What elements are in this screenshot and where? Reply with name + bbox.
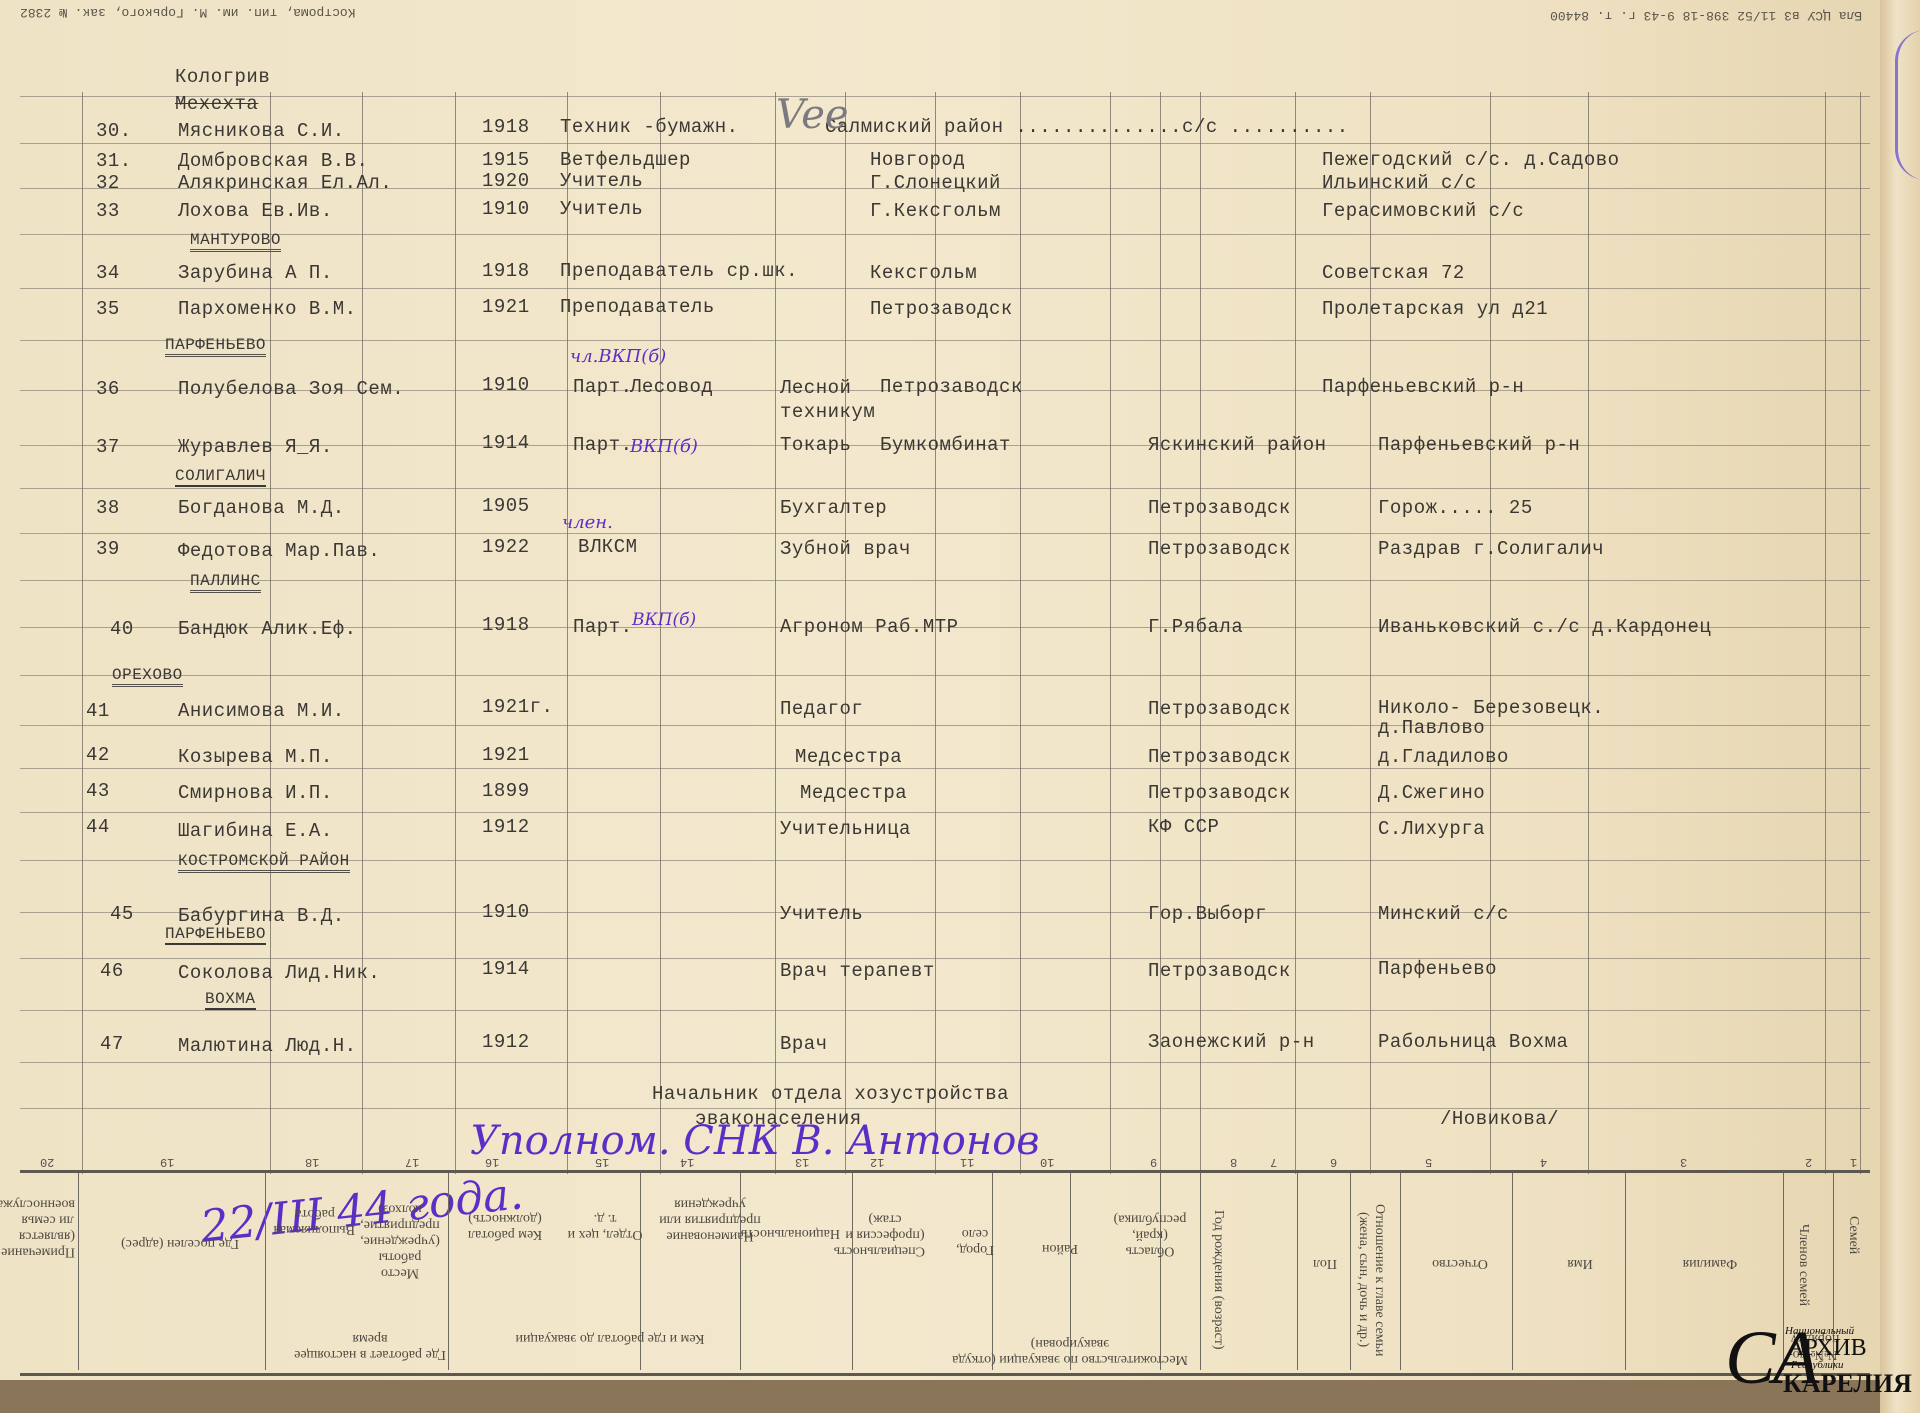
evac-city: Г.Кексгольм bbox=[870, 200, 1001, 222]
row-number: 33 bbox=[96, 200, 120, 222]
full-name: Лохова Ев.Ив. bbox=[178, 200, 333, 222]
col-11-label: Город, село bbox=[945, 1225, 1005, 1257]
row-number: 36 bbox=[96, 378, 120, 400]
col-15-label: Отдел, цех и т. д. bbox=[565, 1210, 645, 1242]
col-1-label: Семей bbox=[1845, 1200, 1861, 1270]
row-number: 40 bbox=[110, 618, 134, 640]
column-number: 4 bbox=[1540, 1155, 1547, 1169]
workplace: Бумкомбинат bbox=[880, 434, 1011, 456]
col-6-label: Отношение к главе семьи (жена, сын, дочь… bbox=[1355, 1200, 1387, 1360]
section-header: ПАРФЕНЬЕВО bbox=[165, 336, 266, 357]
column-number: 3 bbox=[1680, 1155, 1687, 1169]
profession: Преподаватель ср.шк. bbox=[560, 260, 798, 282]
full-name: Полубелова Зоя Сем. bbox=[178, 378, 404, 400]
section-header: Мехехта bbox=[175, 93, 258, 115]
section-header: Кологрив bbox=[175, 66, 270, 88]
col-5-label: Отчество bbox=[1420, 1255, 1500, 1271]
printer-imprint-right: Бла ЦСУ в3 11/52 398-18 9-43 г. т. 84400 bbox=[1550, 8, 1862, 23]
full-name: Домбровская В.В. bbox=[178, 150, 368, 172]
column-number: 12 bbox=[870, 1155, 884, 1169]
full-name: Козырева М.П. bbox=[178, 746, 333, 768]
column-number: 20 bbox=[40, 1155, 54, 1169]
column-number: 13 bbox=[795, 1155, 809, 1169]
row-number: 34 bbox=[96, 262, 120, 284]
profession: Учитель bbox=[780, 903, 863, 925]
profession: Врач терапевт bbox=[780, 960, 935, 982]
address: Парфеньевский р-н bbox=[1378, 434, 1580, 456]
ink-party-note: ВКП(б) bbox=[630, 436, 698, 457]
row-number: 42 bbox=[86, 744, 110, 766]
address: Пролетарская ул д21 bbox=[1322, 298, 1548, 320]
birth-year: 1912 bbox=[482, 816, 530, 838]
column-number: 18 bbox=[305, 1155, 319, 1169]
evac-city: Петрозаводск bbox=[1148, 538, 1291, 560]
birth-year: 1910 bbox=[482, 901, 530, 923]
birth-year: 1912 bbox=[482, 1031, 530, 1053]
full-name: Смирнова И.П. bbox=[178, 782, 333, 804]
birth-year: 1905 bbox=[482, 495, 530, 517]
col-20-label: Примечание (является ли семья военнослуж… bbox=[20, 1195, 75, 1259]
profession: Медсестра bbox=[800, 782, 907, 804]
signer-title: Начальник отдела хозустройства bbox=[652, 1083, 1009, 1105]
birth-year: 1914 bbox=[482, 958, 530, 980]
evac-city: Гор.Выборг bbox=[1148, 903, 1267, 925]
col-14-16-group-label: Кем и где работал до эвакуации bbox=[480, 1330, 740, 1346]
purple-stamp bbox=[1895, 30, 1920, 180]
address: Пежегодский с/с. д.Садово bbox=[1322, 149, 1620, 171]
full-name: Малютина Люд.Н. bbox=[178, 1035, 357, 1057]
col-9-11-group-label: Местожительство по эвакуации (откуда эва… bbox=[950, 1335, 1190, 1367]
birth-year: 1918 bbox=[482, 116, 530, 138]
column-number: 10 bbox=[1040, 1155, 1054, 1169]
birth-year: 1921 bbox=[482, 744, 530, 766]
col-13-label: Национальность bbox=[770, 1225, 840, 1241]
evac-city: КФ ССР bbox=[1148, 816, 1219, 838]
column-number: 6 bbox=[1330, 1155, 1337, 1169]
full-name: Журавлев Я_Я. bbox=[178, 436, 333, 458]
printer-imprint-left: Кострома, тип. им. М. Горького, зак. № 2… bbox=[20, 5, 355, 20]
adjacent-page-edge bbox=[1880, 0, 1920, 1413]
evac-city: Петрозаводск bbox=[870, 298, 1013, 320]
evac-city: Г.Слонецкий bbox=[870, 172, 1001, 194]
row-number: 35 bbox=[96, 298, 120, 320]
profession: Учитель bbox=[560, 198, 643, 220]
profession: Педагог bbox=[780, 698, 863, 720]
address: Иваньковский с./с д.Кардонец bbox=[1378, 616, 1711, 638]
evac-city: Петрозаводск bbox=[1148, 698, 1291, 720]
row-number: 30. bbox=[96, 120, 132, 142]
evac-city: Заонежский р-н bbox=[1148, 1031, 1315, 1053]
column-number: 5 bbox=[1425, 1155, 1432, 1169]
profession: Ветфельдшер bbox=[560, 149, 691, 171]
col-17-label: Место работы (учреждение, предприятие, к… bbox=[360, 1200, 440, 1280]
column-number: 17 bbox=[405, 1155, 419, 1169]
row-number: 38 bbox=[96, 497, 120, 519]
section-header: ПАЛЛИНС bbox=[190, 572, 261, 593]
address: Николо- Березовецк. д.Павлово bbox=[1378, 698, 1618, 738]
binder-strip bbox=[0, 1380, 1880, 1413]
profession: Токарь bbox=[780, 434, 851, 456]
section-header: СОЛИГАЛИЧ bbox=[175, 467, 266, 487]
full-name: Соколова Лид.Ник. bbox=[178, 962, 380, 984]
col-19-label: Где поселен (адрес) bbox=[120, 1235, 240, 1251]
address: С.Лихурга bbox=[1378, 818, 1485, 840]
section-header: ОРЕХОВО bbox=[112, 666, 183, 687]
row-number: 45 bbox=[110, 903, 134, 925]
birth-year: 1910 bbox=[482, 374, 530, 396]
col-17-18-group-label: Где работает в настоящее время bbox=[290, 1330, 450, 1362]
ink-party-note: чл.ВКП(б) bbox=[570, 346, 666, 367]
profession: Бухгалтер bbox=[780, 497, 887, 519]
profession: Агроном Раб.МТР bbox=[780, 616, 959, 638]
full-name: Федотова Мар.Пав. bbox=[178, 540, 380, 562]
col-16-label: Кем работал (должность) bbox=[455, 1210, 555, 1242]
party: Парт. bbox=[573, 376, 633, 398]
workplace: Лесной техникум bbox=[780, 376, 860, 424]
column-number: 9 bbox=[1150, 1155, 1157, 1169]
column-number: 2 bbox=[1805, 1155, 1812, 1169]
evac-city: Петрозаводск bbox=[880, 376, 1023, 398]
profession: Врач bbox=[780, 1033, 828, 1055]
birth-year: 1922 bbox=[482, 536, 530, 558]
row-number: 32 bbox=[96, 172, 120, 194]
birth-year: 1920 bbox=[482, 170, 530, 192]
evac-city: Петрозаводск bbox=[1148, 497, 1291, 519]
birth-year: 1918 bbox=[482, 614, 530, 636]
column-number: 16 bbox=[485, 1155, 499, 1169]
row-number: 43 bbox=[86, 780, 110, 802]
logo-line-2: АРХИВ bbox=[1787, 1335, 1867, 1362]
full-name: Бандюк Алик.Еф. bbox=[178, 618, 357, 640]
row-number: 47 bbox=[100, 1033, 124, 1055]
ink-party-note: член. bbox=[562, 512, 613, 533]
address: Минский с/с bbox=[1378, 903, 1509, 925]
profession: Учитель bbox=[560, 170, 643, 192]
col-12-label: Специальность (профессия и стаж) bbox=[845, 1210, 925, 1258]
evac-city: Петрозаводск bbox=[1148, 746, 1291, 768]
full-name: Анисимова М.И. bbox=[178, 700, 345, 722]
birth-year: 1921г. bbox=[482, 696, 553, 718]
column-number: 1 bbox=[1850, 1155, 1857, 1169]
col-18-label: Выполняемая работа bbox=[275, 1205, 355, 1237]
evac-place: Салмиский район ..............с/с ......… bbox=[825, 116, 1349, 138]
profession: Техник -бумажн. bbox=[560, 116, 739, 138]
col-10-label: Район bbox=[1030, 1240, 1090, 1256]
signer-name: /Новикова/ bbox=[1440, 1108, 1559, 1130]
column-number: 11 bbox=[960, 1155, 974, 1169]
address: Парфеньево bbox=[1378, 958, 1497, 980]
birth-year: 1918 bbox=[482, 260, 530, 282]
address: Советская 72 bbox=[1322, 262, 1465, 284]
address: Герасимовский с/с bbox=[1322, 200, 1524, 222]
col-3-label: Фамилия bbox=[1660, 1255, 1760, 1271]
column-number: 7 bbox=[1270, 1155, 1277, 1169]
full-name: Зарубина А П. bbox=[178, 262, 333, 284]
col-7-label: Пол bbox=[1305, 1255, 1345, 1271]
profession: Учительница bbox=[780, 818, 911, 840]
party: Парт. bbox=[573, 616, 633, 638]
column-number: 14 bbox=[680, 1155, 694, 1169]
col-2-label: Членов семей bbox=[1795, 1210, 1811, 1320]
row-number: 44 bbox=[86, 816, 110, 838]
column-number: 8 bbox=[1230, 1155, 1237, 1169]
row-number: 37 bbox=[96, 436, 120, 458]
address: Ильинский с/с bbox=[1322, 172, 1477, 194]
address: Раздрав г.Солигалич bbox=[1378, 538, 1604, 560]
full-name: Алякринская Ел.Ал. bbox=[178, 172, 392, 194]
row-number: 39 bbox=[96, 538, 120, 560]
birth-year: 1921 bbox=[482, 296, 530, 318]
birth-year: 1910 bbox=[482, 198, 530, 220]
profession: Преподаватель bbox=[560, 296, 715, 318]
section-header: КОСТРОМСКОЙ РАЙОН bbox=[178, 852, 350, 873]
section-header: МАНТУРОВО bbox=[190, 231, 281, 252]
pencil-mark: Vee bbox=[776, 92, 849, 138]
full-name: Пархоменко В.М. bbox=[178, 298, 357, 320]
birth-year: 1915 bbox=[482, 149, 530, 171]
evac-city: Петрозаводск bbox=[1148, 782, 1291, 804]
full-name: Бабургина В.Д. bbox=[178, 905, 345, 927]
address: Д.Сжегино bbox=[1378, 782, 1485, 804]
address: Рабольница Вохма bbox=[1378, 1031, 1568, 1053]
row-number: 41 bbox=[86, 700, 110, 722]
birth-year: 1899 bbox=[482, 780, 530, 802]
col-8-label: Год рождения (возраст) bbox=[1210, 1200, 1226, 1360]
evac-city: Новгород bbox=[870, 149, 965, 171]
logo-line-4: КАРЕЛИЯ bbox=[1783, 1369, 1912, 1399]
evac-city: Г.Рябала bbox=[1148, 616, 1243, 638]
party: Парт. bbox=[573, 434, 633, 456]
archive-logo: СА Национальный АРХИВ Республики КАРЕЛИЯ bbox=[1725, 1325, 1895, 1405]
evac-city: Кексгольм bbox=[870, 262, 977, 284]
row-number: 31. bbox=[96, 150, 132, 172]
ink-party-note: ВКП(б) bbox=[632, 610, 696, 630]
col-9-label: Область (край, республика) bbox=[1110, 1210, 1190, 1258]
evac-city: Петрозаводск bbox=[1148, 960, 1291, 982]
full-name: Мясникова С.И. bbox=[178, 120, 345, 142]
profession: Лесовод bbox=[630, 376, 713, 398]
address: Горож..... 25 bbox=[1378, 497, 1533, 519]
row-number: 46 bbox=[100, 960, 124, 982]
column-number: 19 bbox=[160, 1155, 174, 1169]
profession: Зубной врач bbox=[780, 538, 911, 560]
party: ВЛКСМ bbox=[578, 536, 638, 558]
profession: Медсестра bbox=[795, 746, 902, 768]
col-4-label: Имя bbox=[1540, 1255, 1620, 1271]
address: Парфеньевский р-н bbox=[1322, 376, 1524, 398]
birth-year: 1914 bbox=[482, 432, 530, 454]
full-name: Богданова М.Д. bbox=[178, 497, 345, 519]
evac-city: Яскинский район bbox=[1148, 434, 1327, 456]
section-header: ВОХМА bbox=[205, 990, 256, 1010]
ink-signature: Уполном. СНК В. Антонов bbox=[470, 1118, 1040, 1164]
address: д.Гладилово bbox=[1378, 746, 1509, 768]
section-header: ПАРФЕНЬЕВО bbox=[165, 925, 266, 945]
full-name: Шагибина Е.А. bbox=[178, 820, 333, 842]
column-number: 15 bbox=[595, 1155, 609, 1169]
